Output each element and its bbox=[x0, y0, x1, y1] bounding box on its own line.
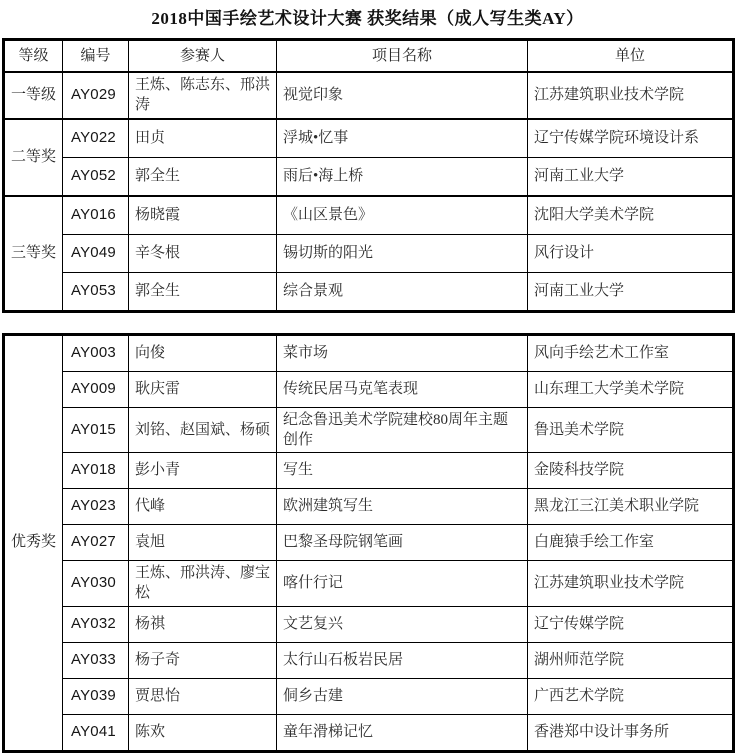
cell-organization: 河南工业大学 bbox=[528, 157, 734, 196]
cell-participant: 袁旭 bbox=[129, 525, 277, 561]
cell-code: AY033 bbox=[63, 642, 129, 678]
cell-participant: 耿庆雷 bbox=[129, 371, 277, 407]
cell-organization: 沈阳大学美术学院 bbox=[528, 196, 734, 235]
table-row: AY052 郭全生 雨后•海上桥 河南工业大学 bbox=[4, 157, 734, 196]
cell-organization: 黑龙江三江美术职业学院 bbox=[528, 489, 734, 525]
cell-participant: 郭全生 bbox=[129, 272, 277, 311]
cell-code: AY022 bbox=[63, 119, 129, 158]
header-cell-code: 编号 bbox=[63, 40, 129, 73]
cell-code: AY003 bbox=[63, 334, 129, 371]
cell-code: AY030 bbox=[63, 561, 129, 607]
cell-organization: 山东理工大学美术学院 bbox=[528, 371, 734, 407]
table-row: AY023 代峰 欧洲建筑写生 黑龙江三江美术职业学院 bbox=[4, 489, 734, 525]
cell-participant: 王炼、陈志东、邢洪涛 bbox=[129, 72, 277, 119]
header-row: 等级 编号 参赛人 项目名称 单位 bbox=[4, 40, 734, 73]
cell-code: AY023 bbox=[63, 489, 129, 525]
cell-project: 传统民居马克笔表现 bbox=[277, 371, 528, 407]
table-row: 优秀奖 AY003 向俊 菜市场 风向手绘艺术工作室 bbox=[4, 334, 734, 371]
cell-code: AY041 bbox=[63, 714, 129, 751]
page-title: 2018中国手绘艺术设计大赛 获奖结果（成人写生类AY） bbox=[0, 0, 735, 29]
cell-organization: 江苏建筑职业技术学院 bbox=[528, 72, 734, 119]
cell-project: 视觉印象 bbox=[277, 72, 528, 119]
table-row: AY009 耿庆雷 传统民居马克笔表现 山东理工大学美术学院 bbox=[4, 371, 734, 407]
cell-participant: 田贞 bbox=[129, 119, 277, 158]
table-row: AY033 杨子奇 太行山石板岩民居 湖州师范学院 bbox=[4, 642, 734, 678]
cell-organization: 风向手绘艺术工作室 bbox=[528, 334, 734, 371]
cell-organization: 风行设计 bbox=[528, 234, 734, 272]
table-row: 一等级 AY029 王炼、陈志东、邢洪涛 视觉印象 江苏建筑职业技术学院 bbox=[4, 72, 734, 119]
cell-code: AY039 bbox=[63, 678, 129, 714]
cell-code: AY027 bbox=[63, 525, 129, 561]
cell-organization: 鲁迅美术学院 bbox=[528, 407, 734, 453]
table-row: AY015 刘铭、赵国斌、杨硕 纪念鲁迅美术学院建校80周年主题创作 鲁迅美术学… bbox=[4, 407, 734, 453]
cell-organization: 金陵科技学院 bbox=[528, 453, 734, 489]
table-row: AY032 杨祺 文艺复兴 辽宁传媒学院 bbox=[4, 606, 734, 642]
cell-project: 综合景观 bbox=[277, 272, 528, 311]
cell-project: 锡切斯的阳光 bbox=[277, 234, 528, 272]
cell-participant: 陈欢 bbox=[129, 714, 277, 751]
cell-organization: 辽宁传媒学院 bbox=[528, 606, 734, 642]
cell-participant: 贾思怡 bbox=[129, 678, 277, 714]
awards-table-excellence: 优秀奖 AY003 向俊 菜市场 风向手绘艺术工作室 AY009 耿庆雷 传统民… bbox=[2, 333, 735, 753]
table-row: AY053 郭全生 综合景观 河南工业大学 bbox=[4, 272, 734, 311]
grade-cell-first-prize: 一等级 bbox=[4, 72, 63, 119]
cell-project: 巴黎圣母院钢笔画 bbox=[277, 525, 528, 561]
header-cell-grade: 等级 bbox=[4, 40, 63, 73]
cell-project: 浮城•忆事 bbox=[277, 119, 528, 158]
cell-code: AY032 bbox=[63, 606, 129, 642]
table-row: AY041 陈欢 童年滑梯记忆 香港郑中设计事务所 bbox=[4, 714, 734, 751]
table-row: AY018 彭小青 写生 金陵科技学院 bbox=[4, 453, 734, 489]
cell-code: AY052 bbox=[63, 157, 129, 196]
cell-organization: 江苏建筑职业技术学院 bbox=[528, 561, 734, 607]
cell-participant: 王炼、邢洪涛、廖宝松 bbox=[129, 561, 277, 607]
cell-participant: 杨子奇 bbox=[129, 642, 277, 678]
table-row: AY039 贾思怡 侗乡古建 广西艺术学院 bbox=[4, 678, 734, 714]
cell-participant: 刘铭、赵国斌、杨硕 bbox=[129, 407, 277, 453]
cell-participant: 向俊 bbox=[129, 334, 277, 371]
cell-organization: 辽宁传媒学院环境设计系 bbox=[528, 119, 734, 158]
cell-participant: 彭小青 bbox=[129, 453, 277, 489]
cell-project: 欧洲建筑写生 bbox=[277, 489, 528, 525]
header-cell-organization: 单位 bbox=[528, 40, 734, 73]
cell-project: 菜市场 bbox=[277, 334, 528, 371]
table-row: AY049 辛冬根 锡切斯的阳光 风行设计 bbox=[4, 234, 734, 272]
table-row: AY030 王炼、邢洪涛、廖宝松 喀什行记 江苏建筑职业技术学院 bbox=[4, 561, 734, 607]
cell-participant: 杨祺 bbox=[129, 606, 277, 642]
cell-code: AY016 bbox=[63, 196, 129, 235]
grade-cell-second-prize: 二等奖 bbox=[4, 119, 63, 196]
cell-project: 太行山石板岩民居 bbox=[277, 642, 528, 678]
header-cell-project: 项目名称 bbox=[277, 40, 528, 73]
cell-project: 童年滑梯记忆 bbox=[277, 714, 528, 751]
cell-participant: 杨晓霞 bbox=[129, 196, 277, 235]
cell-organization: 白鹿猿手绘工作室 bbox=[528, 525, 734, 561]
cell-organization: 广西艺术学院 bbox=[528, 678, 734, 714]
cell-participant: 辛冬根 bbox=[129, 234, 277, 272]
cell-organization: 湖州师范学院 bbox=[528, 642, 734, 678]
cell-project: 侗乡古建 bbox=[277, 678, 528, 714]
cell-code: AY029 bbox=[63, 72, 129, 119]
cell-project: 喀什行记 bbox=[277, 561, 528, 607]
table-row: AY027 袁旭 巴黎圣母院钢笔画 白鹿猿手绘工作室 bbox=[4, 525, 734, 561]
cell-project: 写生 bbox=[277, 453, 528, 489]
cell-code: AY015 bbox=[63, 407, 129, 453]
grade-cell-third-prize: 三等奖 bbox=[4, 196, 63, 312]
table-row: 二等奖 AY022 田贞 浮城•忆事 辽宁传媒学院环境设计系 bbox=[4, 119, 734, 158]
cell-code: AY009 bbox=[63, 371, 129, 407]
cell-code: AY018 bbox=[63, 453, 129, 489]
cell-code: AY053 bbox=[63, 272, 129, 311]
cell-project: 纪念鲁迅美术学院建校80周年主题创作 bbox=[277, 407, 528, 453]
cell-organization: 香港郑中设计事务所 bbox=[528, 714, 734, 751]
cell-project: 文艺复兴 bbox=[277, 606, 528, 642]
cell-participant: 代峰 bbox=[129, 489, 277, 525]
header-cell-participant: 参赛人 bbox=[129, 40, 277, 73]
document-page: 2018中国手绘艺术设计大赛 获奖结果（成人写生类AY） 等级 编号 参赛人 项… bbox=[0, 0, 735, 756]
cell-participant: 郭全生 bbox=[129, 157, 277, 196]
table-row: 三等奖 AY016 杨晓霞 《山区景色》 沈阳大学美术学院 bbox=[4, 196, 734, 235]
grade-cell-excellence-award: 优秀奖 bbox=[4, 334, 63, 751]
awards-table-top: 等级 编号 参赛人 项目名称 单位 一等级 AY029 王炼、陈志东、邢洪涛 视… bbox=[2, 38, 735, 313]
cell-project: 《山区景色》 bbox=[277, 196, 528, 235]
cell-project: 雨后•海上桥 bbox=[277, 157, 528, 196]
cell-organization: 河南工业大学 bbox=[528, 272, 734, 311]
cell-code: AY049 bbox=[63, 234, 129, 272]
